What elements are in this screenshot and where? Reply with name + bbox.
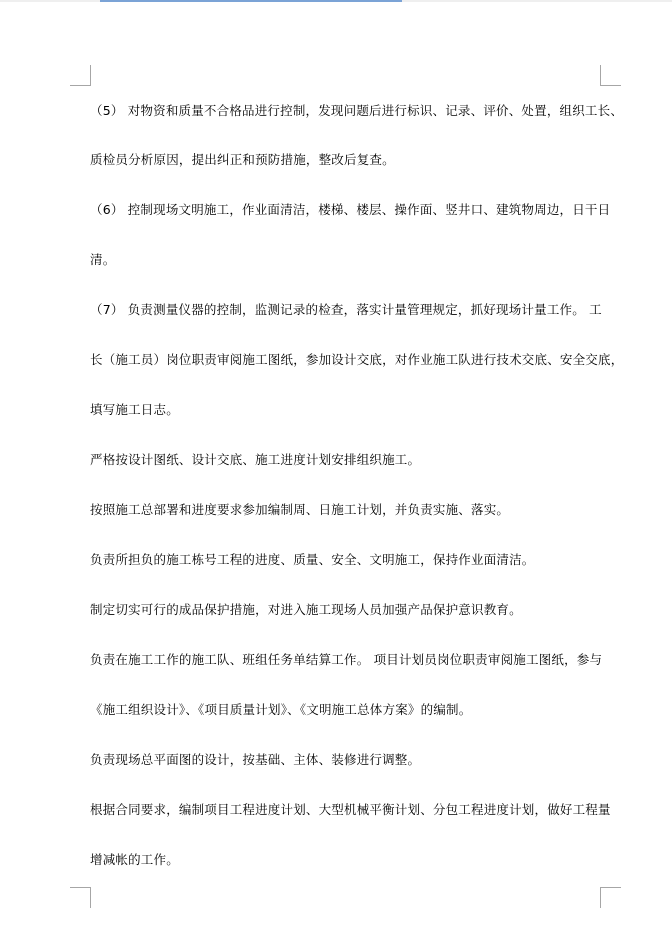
paragraph-line: 填写施工日志。 xyxy=(90,401,179,419)
paragraph-line: 根据合同要求，编制项目工程进度计划、大型机械平衡计划、分包工程进度计划，做好工程… xyxy=(90,801,611,819)
margin-corner-bottom-right-icon xyxy=(600,887,621,908)
paragraph-line: 《施工组织设计》、《项目质量计划》、《文明施工总体方案》的编制。 xyxy=(90,701,471,719)
scroll-progress-bar xyxy=(100,0,402,2)
paragraph-line: 负责在施工工作的施工队、班组任务单结算工作。 项目计划员岗位职责审阅施工图纸，参… xyxy=(90,651,602,669)
margin-corner-top-left-icon xyxy=(70,65,91,86)
margin-corner-bottom-left-icon xyxy=(70,887,91,908)
paragraph-line: 负责所担负的施工栋号工程的进度、质量、安全、文明施工，保持作业面清洁。 xyxy=(90,551,535,569)
paragraph-line: 严格按设计图纸、设计交底、施工进度计划安排组织施工。 xyxy=(90,451,420,469)
paragraph-line: 长（施工员）岗位职责审阅施工图纸，参加设计交底，对作业施工队进行技术交底、安全交… xyxy=(90,351,623,369)
paragraph-line: 增减帐的工作。 xyxy=(90,851,179,869)
paragraph-line: 负责现场总平面图的设计，按基础、主体、装修进行调整。 xyxy=(90,751,420,769)
paragraph-line: 清。 xyxy=(90,251,115,269)
paragraph-line: （5） 对物资和质量不合格品进行控制，发现问题后进行标识、记录、评价、处置，组织… xyxy=(90,102,623,120)
paragraph-line: 质检员分析原因，提出纠正和预防措施，整改后复查。 xyxy=(90,151,395,169)
margin-corner-top-right-icon xyxy=(600,65,621,86)
paragraph-line: （7） 负责测量仪器的控制，监测记录的检查，落实计量管理规定，抓好现场计量工作。… xyxy=(90,301,602,319)
paragraph-line: 按照施工总部署和进度要求参加编制周、日施工计划，并负责实施、落实。 xyxy=(90,501,509,519)
paragraph-line: 制定切实可行的成品保护措施，对进入施工现场人员加强产品保护意识教育。 xyxy=(90,601,522,619)
paragraph-line: （6） 控制现场文明施工，作业面清洁，楼梯、楼层、操作面、竖井口、建筑物周边，日… xyxy=(90,201,610,219)
